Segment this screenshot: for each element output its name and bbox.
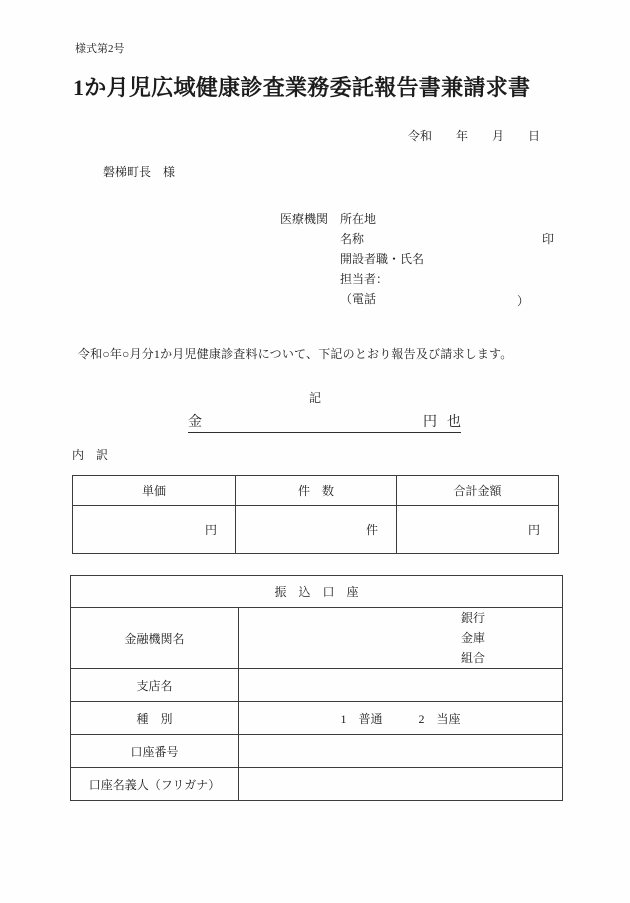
account-type-label: 種 別 [71,702,239,735]
transfer-account-table: 振 込 口 座 金融機関名 銀行 金庫 組合 支店名 種 別 1 普通 2 当座… [70,575,563,801]
institution-option-union: 組合 [461,648,562,668]
breakdown-header-row: 単価 件 数 合計金額 [73,476,559,506]
branch-name-row: 支店名 [71,669,563,702]
total-amount-header: 合計金額 [397,476,559,506]
record-mark: 記 [0,389,630,406]
breakdown-table: 単価 件 数 合計金額 円 件 円 [72,475,559,554]
amount-fill-in-line: 金 円也 [188,412,461,433]
seal-placeholder: 印 [542,230,554,247]
account-number-value-cell [239,735,563,768]
date-line: 令和 年 月 日 [408,127,540,144]
transfer-account-title: 振 込 口 座 [71,576,563,608]
total-amount-value-cell: 円 [397,506,559,554]
page-title: 1か月児広域健康診査業務委託報告書兼請求書 [73,71,530,102]
unit-price-header: 単価 [73,476,236,506]
unit-price-value-cell: 円 [73,506,236,554]
medical-institution-address-line: 医療機関所在地 [280,209,424,229]
phone-label: （電話 [340,289,424,309]
financial-institution-value-cell: 銀行 金庫 組合 [239,608,563,669]
phone-close-paren: ） [517,292,529,309]
transfer-table-header-row: 振 込 口 座 [71,576,563,608]
founder-title-name-label: 開設者職・氏名 [340,249,424,269]
account-holder-label: 口座名義人（フリガナ） [71,768,239,801]
institution-option-shinkin: 金庫 [461,628,562,648]
institution-option-bank: 銀行 [461,608,562,628]
financial-institution-label: 金融機関名 [71,608,239,669]
amount-suffix: 円也 [423,414,471,432]
report-invoice-document: 様式第2号 1か月児広域健康診査業務委託報告書兼請求書 令和 年 月 日 磐梯町… [0,0,630,903]
account-holder-row: 口座名義人（フリガナ） [71,768,563,801]
count-header: 件 数 [236,476,397,506]
account-number-label: 口座番号 [71,735,239,768]
contact-person-label: 担当者： [340,269,424,289]
medical-institution-block: 医療機関所在地 名称 開設者職・氏名 担当者： （電話 [280,209,424,309]
amount-prefix: 金 [188,414,202,432]
branch-name-value-cell [239,669,563,702]
institution-name-label: 名称 [340,229,424,249]
breakdown-value-row: 円 件 円 [73,506,559,554]
address-label: 所在地 [340,212,376,226]
count-value-cell: 件 [236,506,397,554]
account-number-row: 口座番号 [71,735,563,768]
form-number: 様式第2号 [75,40,125,56]
breakdown-heading: 内 訳 [72,446,108,463]
account-type-options: 1 普通 2 当座 [239,702,563,735]
addressee-line: 磐梯町長 様 [103,163,175,180]
request-statement: 令和○年○月分1か月児健康診査料について、下記のとおり報告及び請求します。 [78,345,512,362]
medical-institution-group-label: 医療機関 [280,212,328,226]
account-holder-value-cell [239,768,563,801]
branch-name-label: 支店名 [71,669,239,702]
account-type-row: 種 別 1 普通 2 当座 [71,702,563,735]
financial-institution-row: 金融機関名 銀行 金庫 組合 [71,608,563,669]
